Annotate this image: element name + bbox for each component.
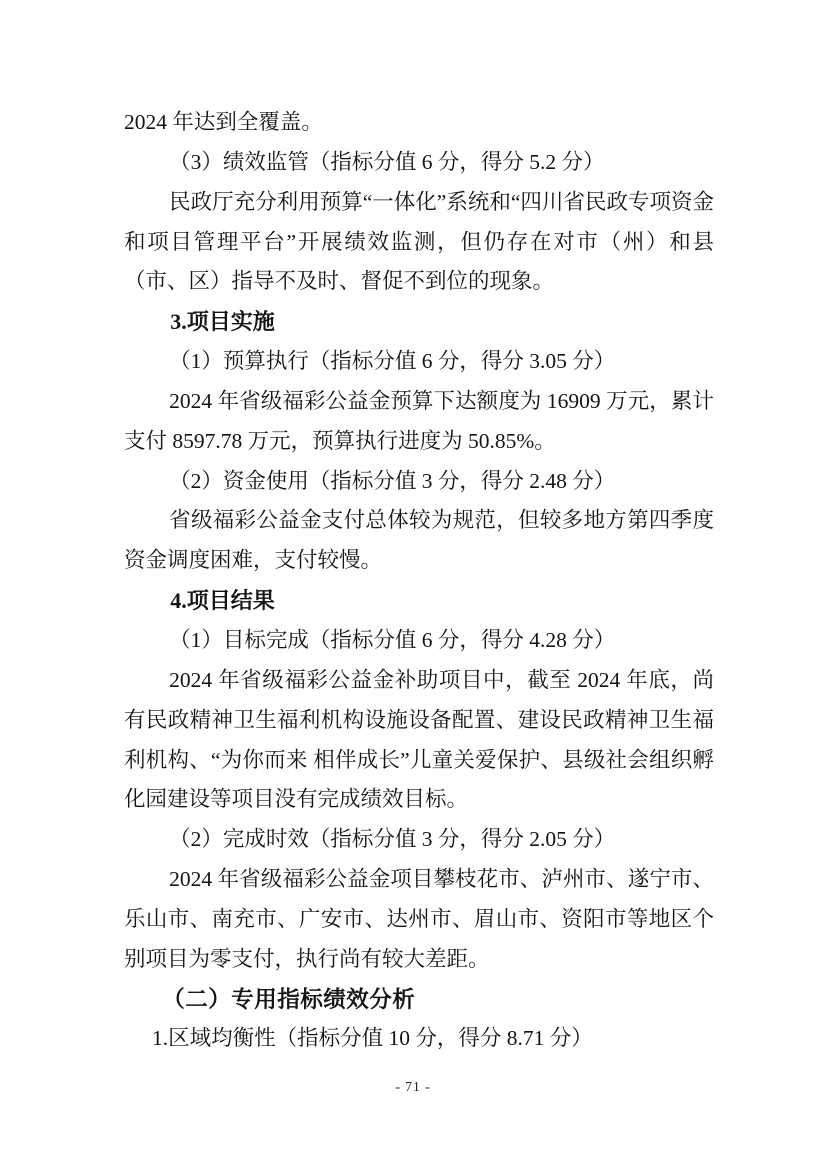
document-page: 2024 年达到全覆盖。（3）绩效监管（指标分值 6 分，得分 5.2 分）民政…: [0, 0, 826, 1169]
paragraph-p06: 2024 年省级福彩公益金预算下达额度为 16909 万元，累计支付 8597.…: [124, 382, 714, 462]
paragraph-p12: （2）完成时效（指标分值 3 分，得分 2.05 分）: [124, 820, 714, 860]
document-body: 2024 年达到全覆盖。（3）绩效监管（指标分值 6 分，得分 5.2 分）民政…: [124, 103, 714, 1059]
paragraph-p07: （2）资金使用（指标分值 3 分，得分 2.48 分）: [124, 462, 714, 502]
paragraph-p01: 2024 年达到全覆盖。: [124, 103, 714, 143]
paragraph-p05: （1）预算执行（指标分值 6 分，得分 3.05 分）: [124, 342, 714, 382]
paragraph-p11: 2024 年省级福彩公益金补助项目中，截至 2024 年底，尚有民政精神卫生福利…: [124, 661, 714, 820]
paragraph-p14: （二）专用指标绩效分析: [124, 980, 714, 1020]
paragraph-p08: 省级福彩公益金支付总体较为规范，但较多地方第四季度资金调度困难，支付较慢。: [124, 501, 714, 581]
paragraph-p02: （3）绩效监管（指标分值 6 分，得分 5.2 分）: [124, 143, 714, 183]
paragraph-p13: 2024 年省级福彩公益金项目攀枝花市、泸州市、遂宁市、乐山市、南充市、广安市、…: [124, 860, 714, 980]
paragraph-p03: 民政厅充分利用预算“一体化”系统和“四川省民政专项资金和项目管理平台”开展绩效监…: [124, 183, 714, 303]
paragraph-p09: 4.项目结果: [124, 581, 714, 621]
page-number: - 71 -: [0, 1079, 826, 1095]
paragraph-p15: 1.区域均衡性（指标分值 10 分，得分 8.71 分）: [124, 1019, 714, 1059]
paragraph-p10: （1）目标完成（指标分值 6 分，得分 4.28 分）: [124, 621, 714, 661]
paragraph-p04: 3.项目实施: [124, 302, 714, 342]
